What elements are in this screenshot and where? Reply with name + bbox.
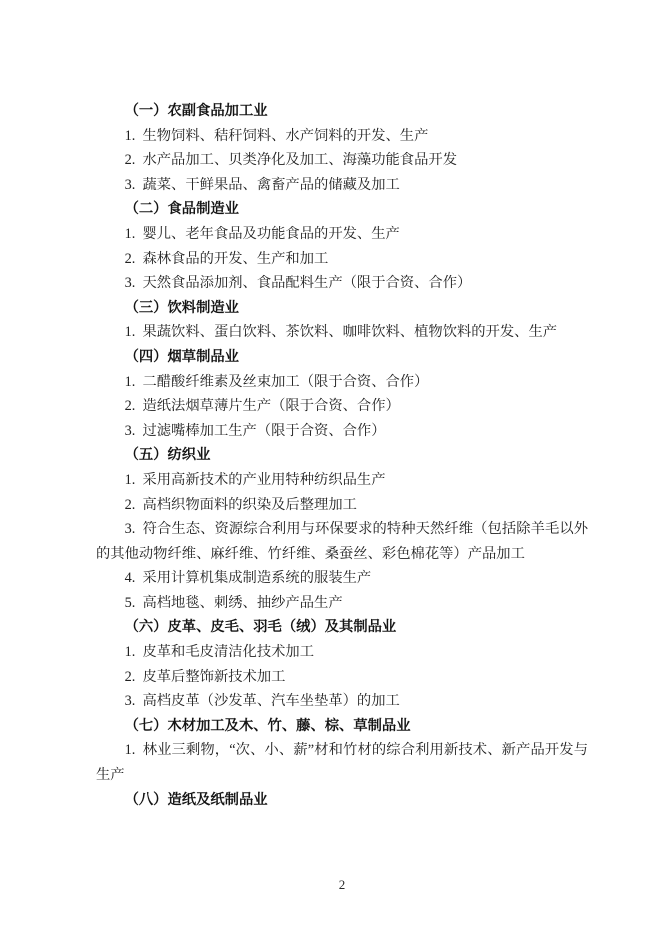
catalog-section: （八）造纸及纸制品业 [96,788,588,813]
catalog-item: 2. 皮革后整饰新技术加工 [96,665,588,690]
catalog-item: 1. 二醋酸纤维素及丝束加工（限于合资、合作） [96,370,588,395]
catalog-item: 3. 高档皮革（沙发革、汽车坐垫革）的加工 [96,689,588,714]
catalog-section: （五）纺织业 1. 采用高新技术的产业用特种纺织品生产2. 高档织物面料的织染及… [96,443,588,615]
catalog-section: （七）木材加工及木、竹、藤、棕、草制品业 1. 林业三剩物，“次、小、薪”材和竹… [96,714,588,788]
catalog-item: 5. 高档地毯、刺绣、抽纱产品生产 [96,591,588,616]
catalog-section: （三）饮料制造业 1. 果蔬饮料、蛋白饮料、茶饮料、咖啡饮料、植物饮料的开发、生… [96,296,588,345]
catalog-item: 3. 过滤嘴棒加工生产（限于合资、合作） [96,419,588,444]
catalog-item: 1. 生物饲料、秸秆饲料、水产饲料的开发、生产 [96,124,588,149]
section-heading: （三）饮料制造业 [96,296,588,321]
section-heading: （七）木材加工及木、竹、藤、棕、草制品业 [96,714,588,739]
catalog-item: 1. 果蔬饮料、蛋白饮料、茶饮料、咖啡饮料、植物饮料的开发、生产 [96,320,588,345]
catalog-item: 2. 森林食品的开发、生产和加工 [96,247,588,272]
section-heading: （六）皮革、皮毛、羽毛（绒）及其制品业 [96,615,588,640]
catalog-item: 2. 造纸法烟草薄片生产（限于合资、合作） [96,394,588,419]
catalog-item: 2. 高档织物面料的织染及后整理加工 [96,493,588,518]
document-page: （一）农副食品加工业 1. 生物饲料、秸秆饲料、水产饲料的开发、生产2. 水产品… [0,0,661,936]
section-heading: （五）纺织业 [96,443,588,468]
section-heading: （一）农副食品加工业 [96,99,588,124]
section-heading: （二）食品制造业 [96,197,588,222]
section-heading: （八）造纸及纸制品业 [96,788,588,813]
catalog-item: 4. 采用计算机集成制造系统的服装生产 [96,566,588,591]
catalog-item: 1. 采用高新技术的产业用特种纺织品生产 [96,468,588,493]
catalog-item: 3. 天然食品添加剂、食品配料生产（限于合资、合作） [96,271,588,296]
catalog-item: 1. 婴儿、老年食品及功能食品的开发、生产 [96,222,588,247]
catalog-item: 2. 水产品加工、贝类净化及加工、海藻功能食品开发 [96,148,588,173]
catalog-section: （四）烟草制品业 1. 二醋酸纤维素及丝束加工（限于合资、合作）2. 造纸法烟草… [96,345,588,443]
page-number: 2 [339,877,346,892]
document-body: （一）农副食品加工业 1. 生物饲料、秸秆饲料、水产饲料的开发、生产2. 水产品… [96,99,588,812]
page-footer: 2 [96,877,588,893]
section-heading: （四）烟草制品业 [96,345,588,370]
catalog-item: 1. 皮革和毛皮清洁化技术加工 [96,640,588,665]
catalog-section: （二）食品制造业 1. 婴儿、老年食品及功能食品的开发、生产2. 森林食品的开发… [96,197,588,295]
catalog-item: 3. 符合生态、资源综合利用与环保要求的特种天然纤维（包括除羊毛以外的其他动物纤… [96,517,588,566]
catalog-section: （六）皮革、皮毛、羽毛（绒）及其制品业 1. 皮革和毛皮清洁化技术加工2. 皮革… [96,615,588,713]
catalog-section: （一）农副食品加工业 1. 生物饲料、秸秆饲料、水产饲料的开发、生产2. 水产品… [96,99,588,197]
catalog-item: 1. 林业三剩物，“次、小、薪”材和竹材的综合利用新技术、新产品开发与生产 [96,738,588,787]
catalog-item: 3. 蔬菜、干鲜果品、禽畜产品的储藏及加工 [96,173,588,198]
